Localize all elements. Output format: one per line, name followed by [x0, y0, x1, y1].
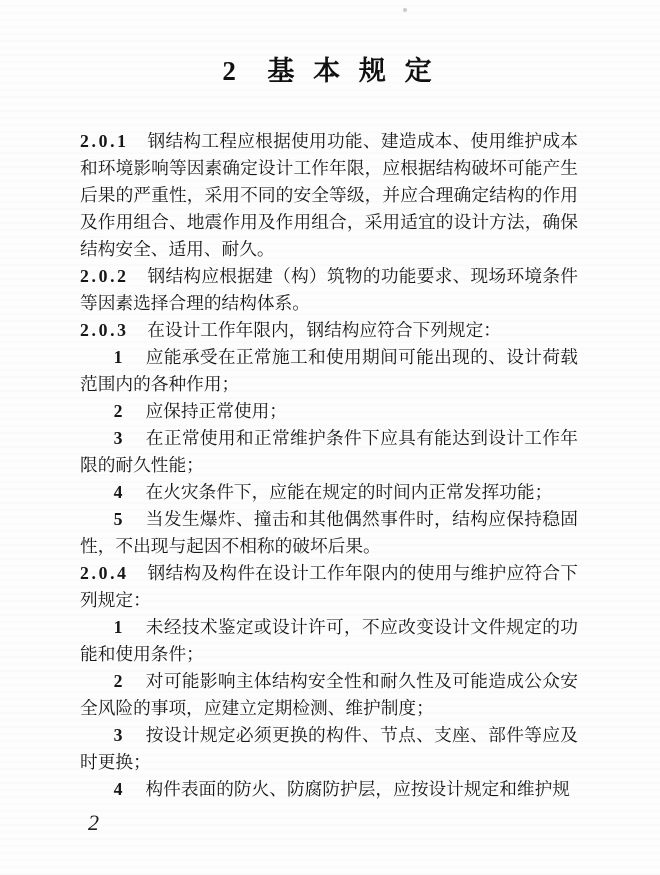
clause-text: 按设计规定必须更换的构件、节点、支座、部件等应及时更换；	[80, 725, 578, 772]
clause-text: 对可能影响主体结构安全性和耐久性及可能造成公众安全风险的事项，应建立定期检测、维…	[80, 671, 578, 718]
document-page: 2 基 本 规 定 2.0.1钢结构工程应根据使用功能、建造成本、使用维护成本和…	[0, 0, 660, 875]
clause-item: 5当发生爆炸、撞击和其他偶然事件时，结构应保持稳固性，不出现与起因不相称的破坏后…	[80, 506, 578, 560]
clause-number: 1	[114, 617, 123, 637]
chapter-title: 2 基 本 规 定	[0, 49, 660, 88]
clause-text: 未经技术鉴定或设计许可，不应改变设计文件规定的功能和使用条件；	[80, 617, 578, 664]
clause-number: 3	[114, 428, 123, 448]
clause-number: 3	[114, 725, 123, 745]
clause-text: 当发生爆炸、撞击和其他偶然事件时，结构应保持稳固性，不出现与起因不相称的破坏后果…	[80, 509, 578, 556]
section-2-0-2: 2.0.2钢结构应根据建（构）筑物的功能要求、现场环境条件等因素选择合理的结构体…	[80, 263, 578, 317]
clause-item: 2应保持正常使用；	[80, 398, 578, 425]
section-number: 2.0.3	[80, 320, 129, 340]
section-text: 钢结构及构件在设计工作年限内的使用与维护应符合下列规定：	[80, 563, 578, 610]
clause-text: 应保持正常使用；	[145, 401, 287, 421]
clause-number: 5	[114, 509, 123, 529]
scan-artifact	[403, 8, 407, 12]
clause-text: 在正常使用和正常维护条件下应具有能达到设计工作年限的耐久性能；	[80, 428, 578, 475]
section-number: 2.0.2	[80, 266, 129, 286]
section-text: 钢结构工程应根据使用功能、建造成本、使用维护成本和环境影响等因素确定设计工作年限…	[80, 131, 578, 259]
section-2-0-4: 2.0.4钢结构及构件在设计工作年限内的使用与维护应符合下列规定：	[80, 560, 578, 614]
section-number: 2.0.4	[80, 563, 129, 583]
page-number: 2	[88, 810, 99, 836]
clause-text: 构件表面的防火、防腐防护层，应按设计规定和维护规	[145, 779, 570, 799]
clause-text: 在火灾条件下，应能在规定的时间内正常发挥功能；	[145, 482, 552, 502]
clause-number: 4	[114, 779, 123, 799]
document-body: 2.0.1钢结构工程应根据使用功能、建造成本、使用维护成本和环境影响等因素确定设…	[80, 128, 578, 803]
clause-number: 2	[114, 401, 123, 421]
clause-number: 1	[114, 347, 123, 367]
section-text: 钢结构应根据建（构）筑物的功能要求、现场环境条件等因素选择合理的结构体系。	[80, 266, 578, 313]
clause-item: 2对可能影响主体结构安全性和耐久性及可能造成公众安全风险的事项，应建立定期检测、…	[80, 668, 578, 722]
clause-item: 3在正常使用和正常维护条件下应具有能达到设计工作年限的耐久性能；	[80, 425, 578, 479]
clause-item: 3按设计规定必须更换的构件、节点、支座、部件等应及时更换；	[80, 722, 578, 776]
clause-item: 1应能承受在正常施工和使用期间可能出现的、设计荷载范围内的各种作用；	[80, 344, 578, 398]
clause-text: 应能承受在正常施工和使用期间可能出现的、设计荷载范围内的各种作用；	[80, 347, 578, 394]
section-2-0-3: 2.0.3在设计工作年限内，钢结构应符合下列规定：	[80, 317, 578, 344]
section-text: 在设计工作年限内，钢结构应符合下列规定：	[147, 320, 501, 340]
clause-item: 4在火灾条件下，应能在规定的时间内正常发挥功能；	[80, 479, 578, 506]
section-2-0-1: 2.0.1钢结构工程应根据使用功能、建造成本、使用维护成本和环境影响等因素确定设…	[80, 128, 578, 263]
clause-number: 4	[114, 482, 123, 502]
clause-number: 2	[114, 671, 123, 691]
clause-item: 1未经技术鉴定或设计许可，不应改变设计文件规定的功能和使用条件；	[80, 614, 578, 668]
clause-item: 4构件表面的防火、防腐防护层，应按设计规定和维护规	[80, 776, 578, 803]
section-number: 2.0.1	[80, 131, 129, 151]
